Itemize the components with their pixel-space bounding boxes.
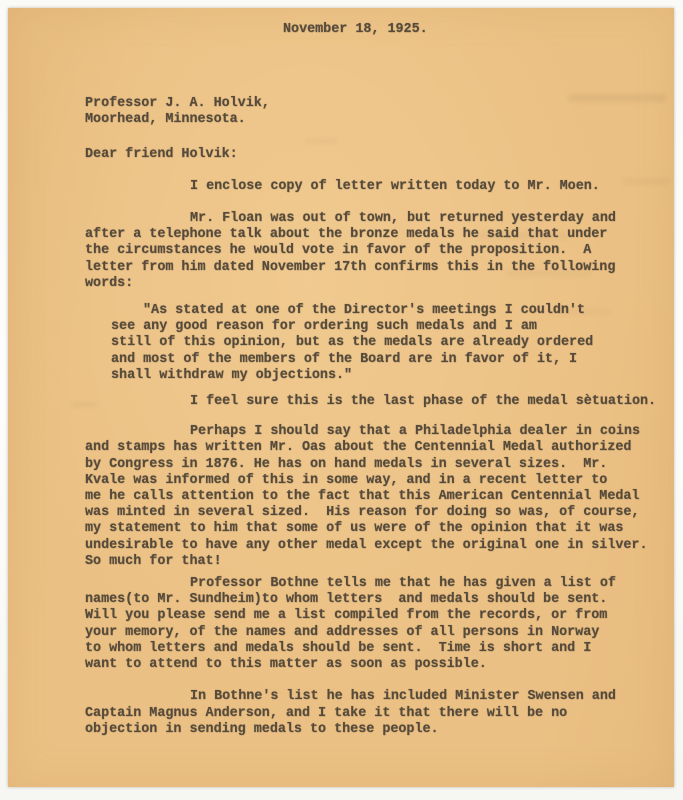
letter-line: me he calls attention to the fact that t… [85, 489, 660, 505]
letter-line: Dear friend Holvik: [85, 147, 660, 163]
letter-paper: November 18, 1925.Professor J. A. Holvik… [8, 8, 674, 787]
letter-line: Mr. Floan was out of town, but returned … [85, 211, 660, 227]
letter-line: undesirable to have any other medal exce… [85, 538, 660, 554]
letter-line: the circumstances he would vote in favor… [85, 243, 660, 259]
letter-line: Kvale was informed of this in some way, … [85, 473, 660, 489]
letter-line: Captain Magnus Anderson, and I take it t… [85, 706, 660, 722]
letter-line: "As stated at one of the Director's meet… [111, 303, 660, 319]
letter-block-date: November 18, 1925. [283, 22, 660, 38]
letter-block-paragraph: I feel sure this is the last phase of th… [85, 394, 660, 410]
letter-line: and most of the members of the Board are… [111, 352, 660, 368]
letter-block-paragraph: Mr. Floan was out of town, but returned … [85, 211, 660, 292]
letter-line: still of this opinion, but as the medals… [111, 335, 660, 351]
letter-line: letter from him dated November 17th conf… [85, 260, 660, 276]
letter-line: to whom letters and medals should be sen… [85, 641, 660, 657]
letter-line: your memory, of the names and addresses … [85, 625, 660, 641]
letter-block-salutation: Dear friend Holvik: [85, 147, 660, 163]
letter-line: I enclose copy of letter written today t… [85, 179, 660, 195]
letter-line: In Bothne's list he has included Ministe… [85, 689, 660, 705]
letter-line: by Congress in 1876. He has on hand meda… [85, 457, 660, 473]
letter-line: November 18, 1925. [283, 22, 660, 38]
letter-block-paragraph: In Bothne's list he has included Ministe… [85, 689, 660, 738]
letter-line: was minted in several sized. His reason … [85, 505, 660, 521]
letter-line: objection in sending medals to these peo… [85, 722, 660, 738]
letter-line: Moorhead, Minnesota. [85, 112, 660, 128]
letter-block-paragraph: I enclose copy of letter written today t… [85, 179, 660, 195]
letter-block-paragraph: Perhaps I should say that a Philadelphia… [85, 424, 660, 570]
letter-line: Professor Bothne tells me that he has gi… [85, 576, 660, 592]
letter-line: Professor J. A. Holvik, [85, 96, 660, 112]
letter-line: words: [85, 276, 660, 292]
letter-line: and stamps has written Mr. Oas about the… [85, 440, 660, 456]
letter-line: Will you please send me a list compiled … [85, 608, 660, 624]
letter-line: my statement to him that some of us were… [85, 521, 660, 537]
letter-line: shall withdraw my objections." [111, 368, 660, 384]
letter-block-address: Professor J. A. Holvik,Moorhead, Minneso… [85, 96, 660, 128]
letter-line: Perhaps I should say that a Philadelphia… [85, 424, 660, 440]
letter-line: names(to Mr. Sundheim)to whom letters an… [85, 592, 660, 608]
letter-line: So much for that! [85, 554, 660, 570]
letter-block-paragraph: Professor Bothne tells me that he has gi… [85, 576, 660, 673]
letter-line: I feel sure this is the last phase of th… [85, 394, 660, 410]
letter-block-quote: "As stated at one of the Director's meet… [85, 303, 660, 384]
letter-line: see any good reason for ordering such me… [111, 319, 660, 335]
letter-body: November 18, 1925.Professor J. A. Holvik… [85, 22, 660, 738]
letter-line: want to attend to this matter as soon as… [85, 657, 660, 673]
letter-line: after a telephone talk about the bronze … [85, 227, 660, 243]
